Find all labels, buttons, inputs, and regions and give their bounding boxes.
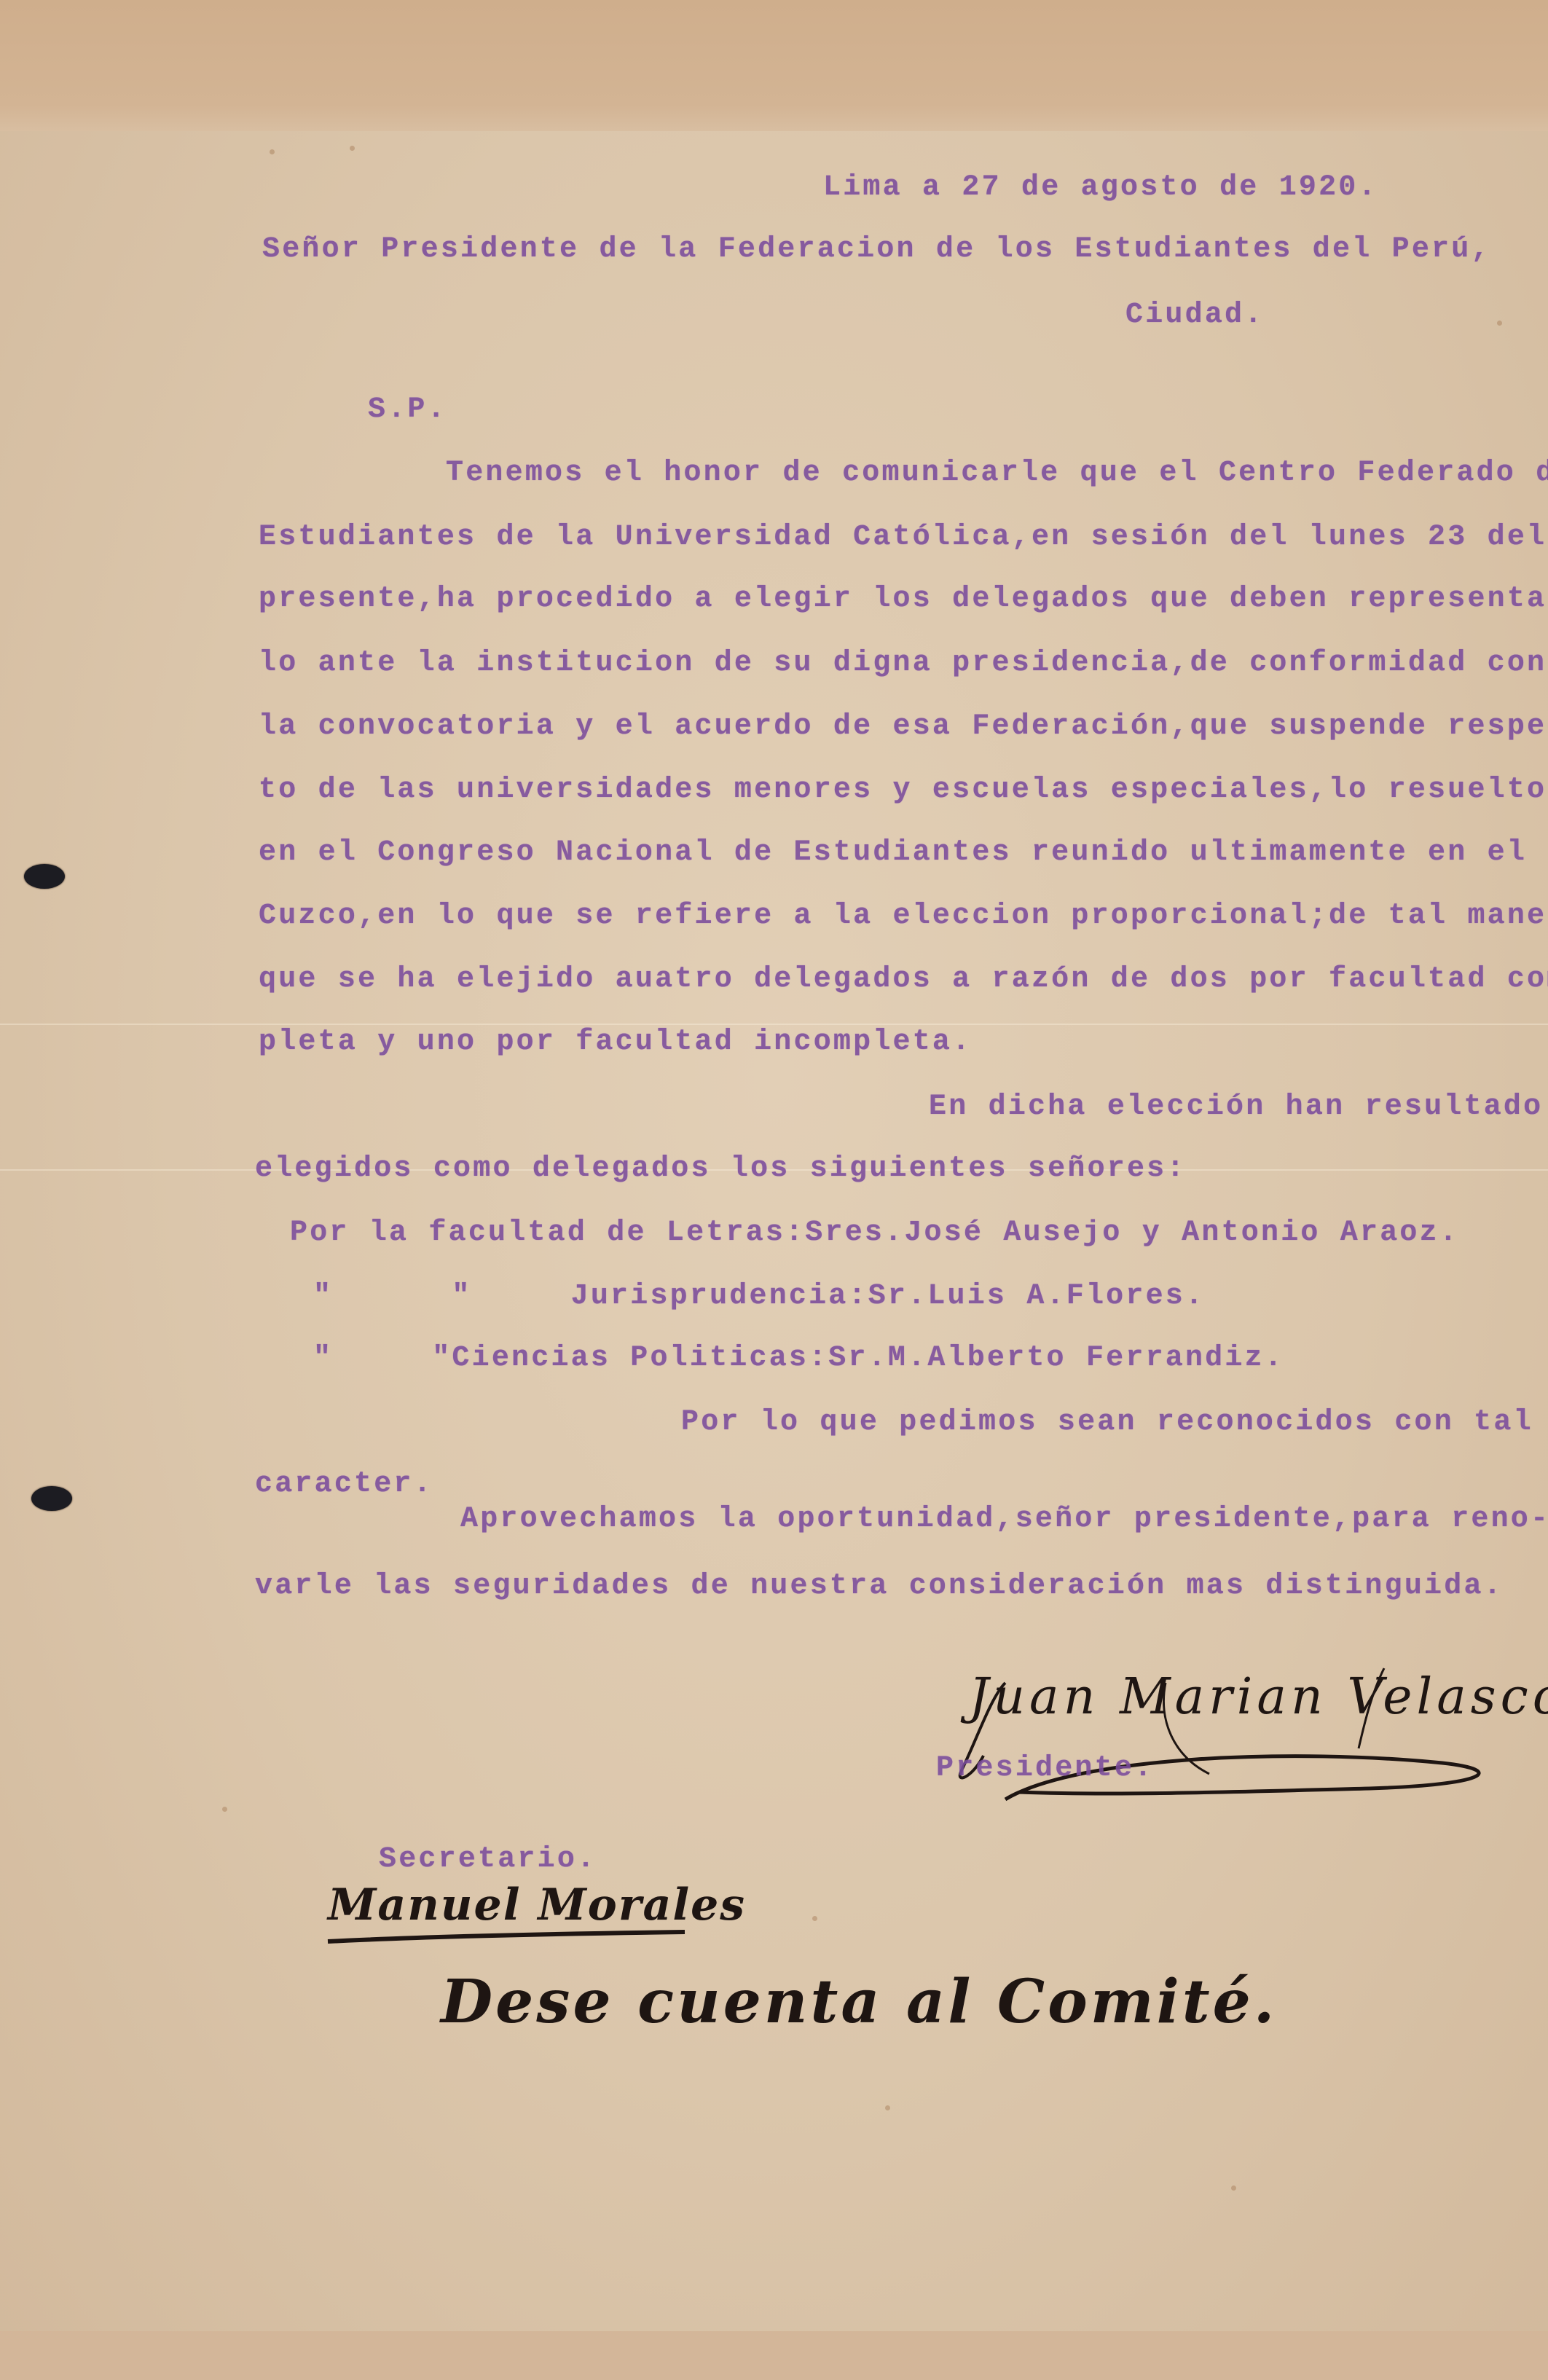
- secretary-title: Secretario.: [379, 1843, 597, 1876]
- body-line: Estudiantes de la Universidad Católica,e…: [259, 521, 1547, 554]
- paper-speck: [812, 1916, 817, 1921]
- request-line: caracter.: [255, 1468, 433, 1501]
- body-line: Cuzco,en lo que se refiere a la eleccion…: [259, 900, 1548, 932]
- city-line: Ciudad.: [1125, 299, 1264, 331]
- salutation: S.P.: [368, 393, 447, 426]
- body-line: presente,ha procedido a elegir los deleg…: [259, 583, 1548, 616]
- addressee-line: Señor Presidente de la Federacion de los…: [262, 233, 1491, 266]
- date-line: Lima a 27 de agosto de 1920.: [823, 171, 1378, 204]
- paper-speck: [1231, 2185, 1236, 2191]
- request-line: Por lo que pedimos sean reconocidos con …: [681, 1406, 1533, 1439]
- punch-hole: [24, 864, 65, 889]
- delegate-line-letras: Por la facultad de Letras:Sres.José Ause…: [290, 1217, 1459, 1249]
- election-intro-line: elegidos como delegados los siguientes s…: [255, 1152, 1187, 1185]
- delegate-line-jurisprudencia: " " Jurisprudencia:Sr.Luis A.Flores.: [313, 1280, 1205, 1313]
- election-intro-line: En dicha elección han resultado: [929, 1091, 1543, 1123]
- body-line: pleta y uno por facultad incompleta.: [259, 1026, 972, 1059]
- delegate-line-ciencias-politicas: " "Ciencias Politicas:Sr.M.Alberto Ferra…: [313, 1342, 1284, 1375]
- paper-speck: [350, 146, 355, 151]
- paper-speck: [885, 2105, 890, 2110]
- punch-hole: [31, 1486, 72, 1511]
- president-title: Presidente.: [936, 1752, 1154, 1785]
- paper-speck: [270, 149, 275, 154]
- president-signature: Juan Marian Velasco: [969, 1668, 1548, 1726]
- body-line: lo ante la institucion de su digna presi…: [259, 647, 1547, 680]
- body-line: la convocatoria y el acuerdo de esa Fede…: [259, 710, 1548, 743]
- body-line: en el Congreso Nacional de Estudiantes r…: [259, 836, 1527, 869]
- handwritten-note: Dese cuenta al Comité.: [441, 1967, 1277, 2037]
- paper-top-edge: [0, 0, 1548, 131]
- paper-speck: [222, 1807, 227, 1812]
- paper-speck: [1497, 321, 1502, 326]
- paper-fold-line: [0, 1024, 1548, 1025]
- body-line: que se ha elejido auatro delegados a raz…: [259, 963, 1548, 996]
- paper-bottom-edge: [0, 2331, 1548, 2380]
- secretary-signature-underline-icon: [321, 1923, 699, 1952]
- closing-line: Aprovechamos la oportunidad,señor presid…: [460, 1503, 1548, 1536]
- body-line: to de las universidades menores y escuel…: [259, 774, 1547, 806]
- body-line: Tenemos el honor de comunicarle que el C…: [446, 457, 1548, 490]
- closing-line: varle las seguridades de nuestra conside…: [255, 1570, 1504, 1603]
